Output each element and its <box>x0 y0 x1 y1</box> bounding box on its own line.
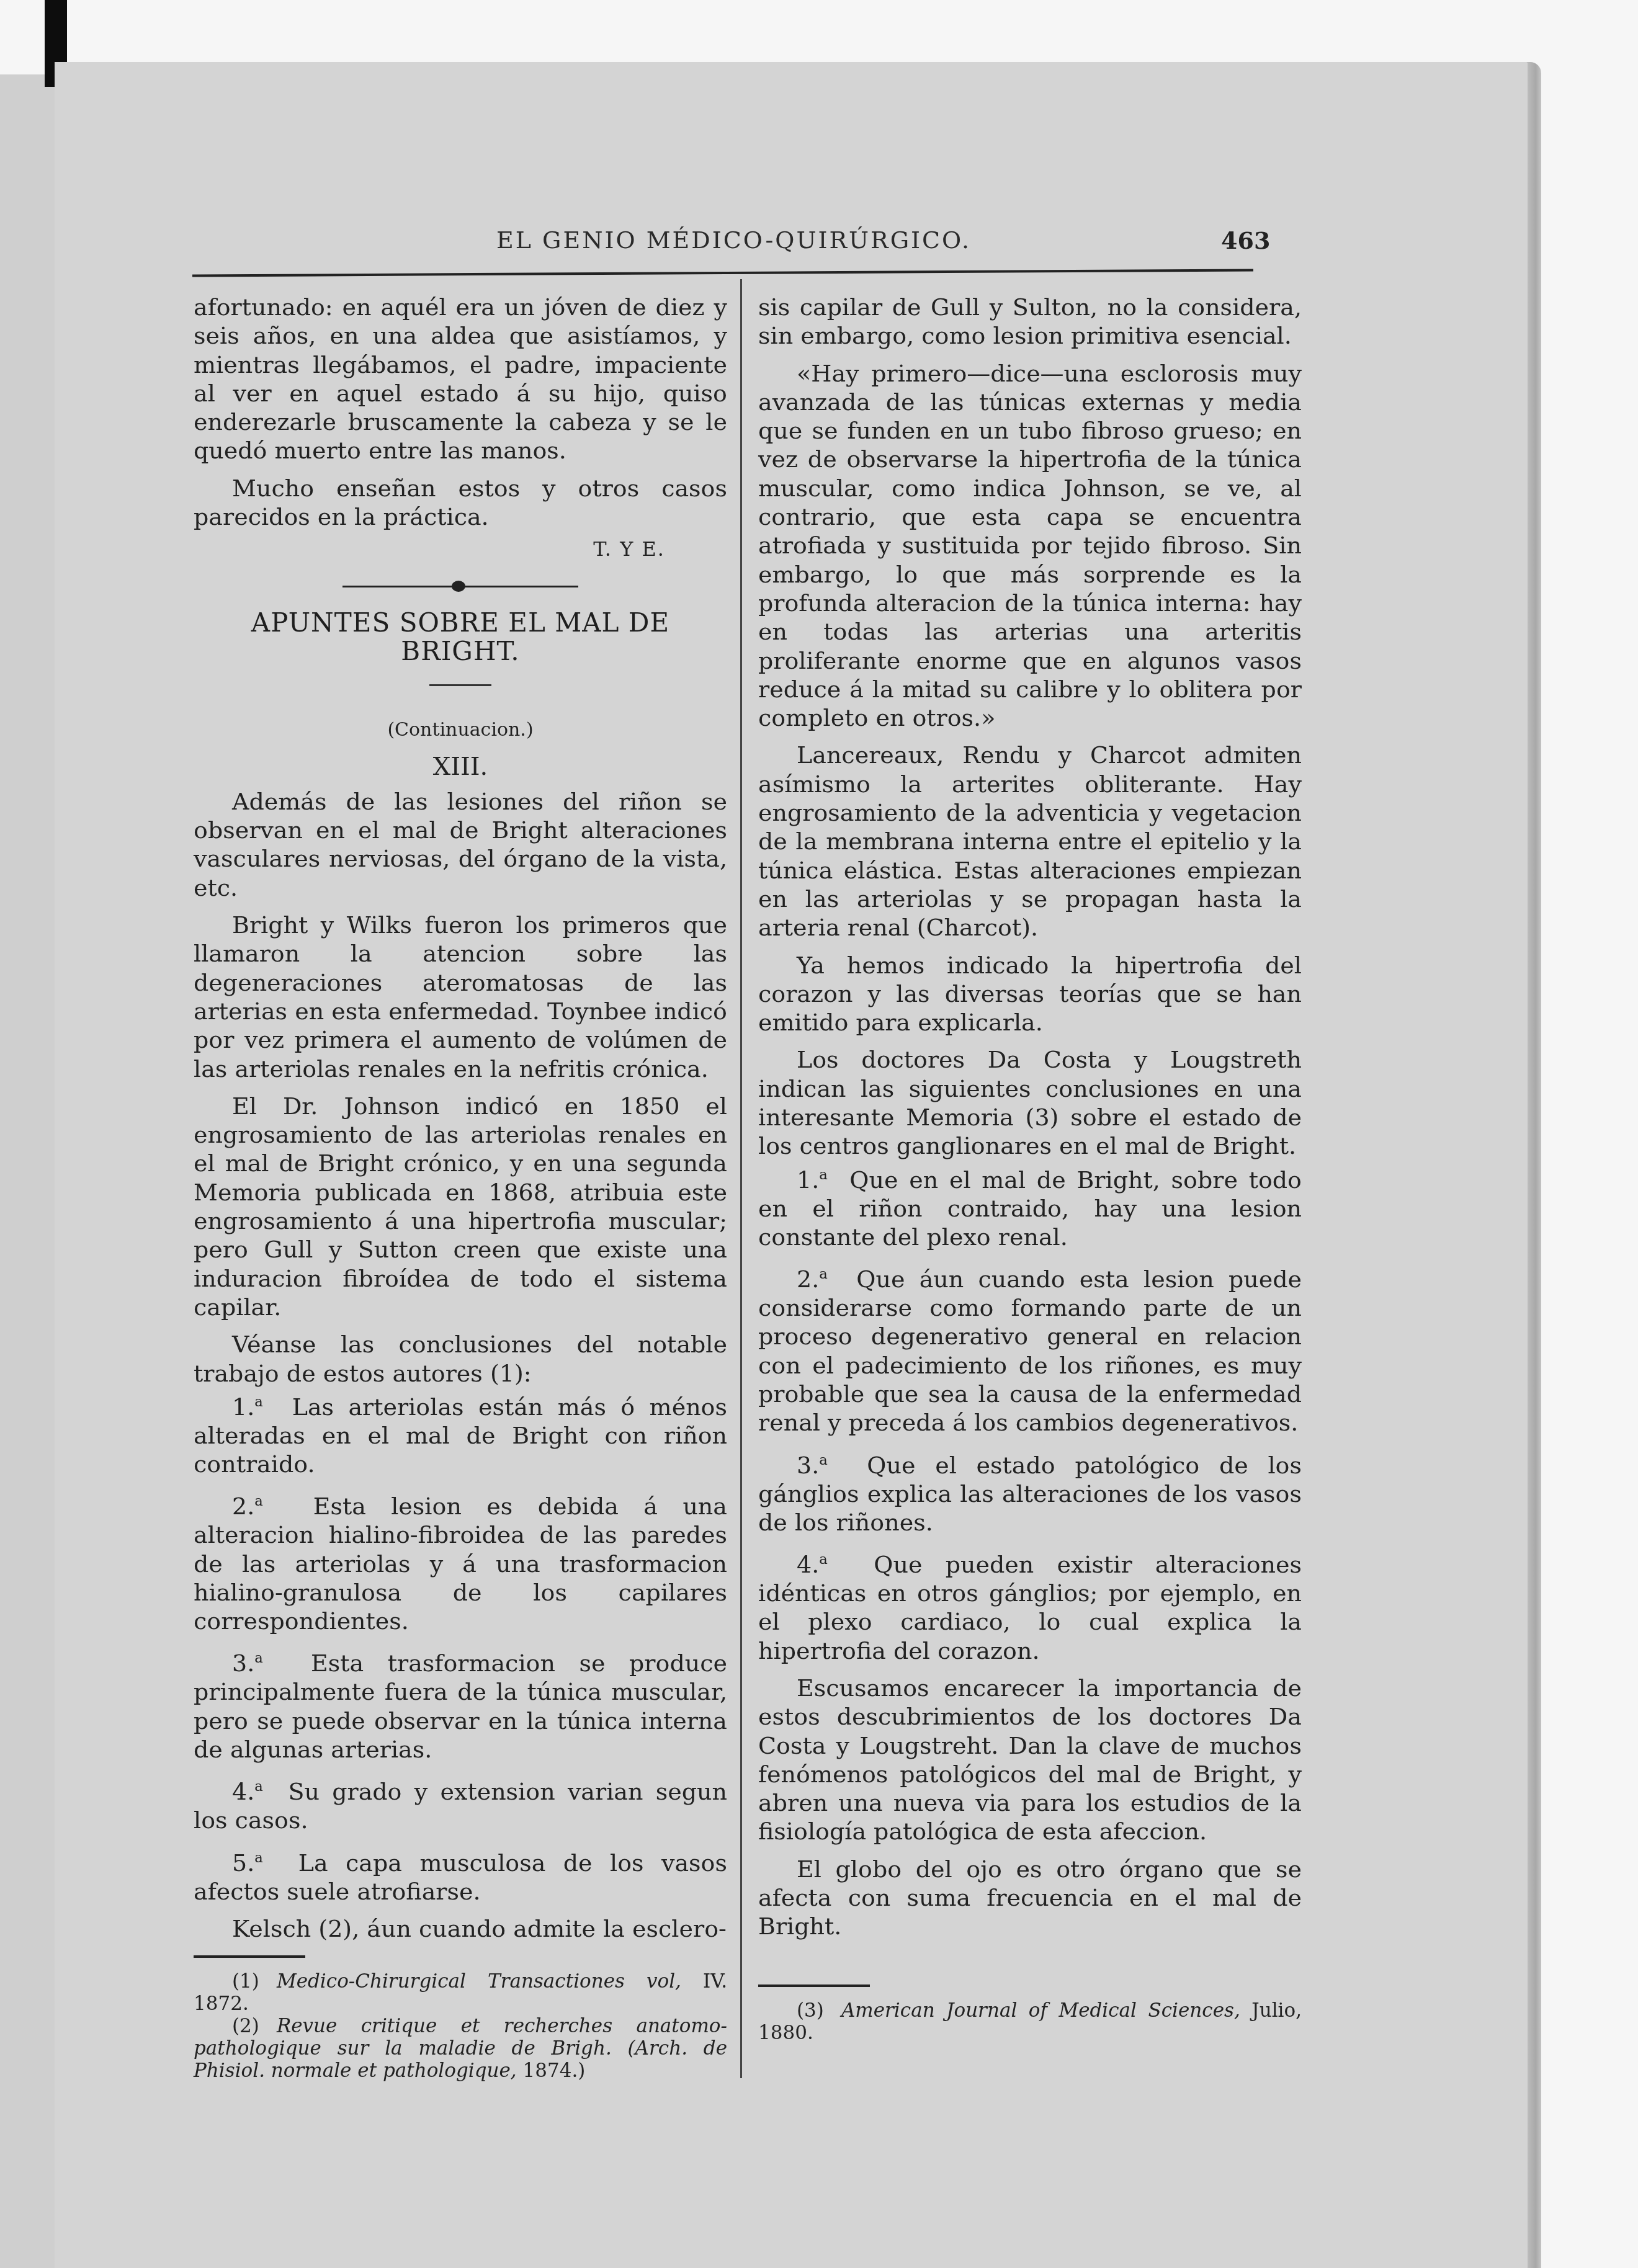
continuation-label: (Continuacion.) <box>194 716 727 744</box>
paragraph: El globo del ojo es otro órgano que se a… <box>758 1855 1302 1941</box>
article-title: APUNTES SOBRE EL MAL DE BRIGHT. <box>194 609 727 666</box>
conclusion-item: 3.a Que el estado patológico de los gáng… <box>758 1446 1302 1537</box>
facing-page-edge <box>0 74 55 2268</box>
paragraph: Los doctores Da Costa y Lougstreth indic… <box>758 1045 1302 1160</box>
paragraph: Véanse las conclusiones del notable trab… <box>194 1330 727 1388</box>
paragraph: Ya hemos indicado la hipertrofia del cor… <box>758 951 1302 1037</box>
column-divider <box>740 279 742 2078</box>
page-stack-edge <box>1528 62 1541 2268</box>
paragraph: Escusamos encarecer la importancia de es… <box>758 1674 1302 1846</box>
footnote: (1)Medico-Chirurgical Transactiones vol,… <box>194 1970 727 2015</box>
paragraph: sis capilar de Gull y Sulton, no la cons… <box>758 293 1302 350</box>
conclusion-item: 5.a La capa musculosa de los vasos afect… <box>194 1844 727 1906</box>
footnote: (3)American Journal of Medical Sciences,… <box>758 1999 1302 2044</box>
journal-title: EL GENIO MÉDICO-QUIRÚRGICO. <box>496 226 971 254</box>
quoted-paragraph: «Hay primero—dice—una esclorosis muy ava… <box>758 359 1302 733</box>
section-number: XIII. <box>194 752 727 781</box>
ornamental-rule <box>342 584 578 589</box>
footnote-rule <box>758 1984 870 1987</box>
paragraph: Lancereaux, Rendu y Charcot admiten asím… <box>758 741 1302 942</box>
left-column: afortunado: en aquél era un jóven de die… <box>194 293 727 2082</box>
paragraph: Mucho enseñan estos y otros casos pareci… <box>194 474 727 532</box>
title-rule <box>429 684 491 686</box>
author-signature: T. Y E. <box>194 535 727 563</box>
page-number: 463 <box>1221 226 1270 254</box>
conclusion-item: 4.a Su grado y extension varian segun lo… <box>194 1772 727 1834</box>
paragraph: Kelsch (2), áun cuando admite la esclero… <box>194 1914 727 1943</box>
conclusion-item: 2.a Esta lesion es debida á una alteraci… <box>194 1487 727 1635</box>
right-column: sis capilar de Gull y Sulton, no la cons… <box>758 293 1302 2044</box>
conclusion-item: 4.a Que pueden existir alteraciones idén… <box>758 1545 1302 1665</box>
conclusion-item: 3.a Esta trasformacion se produce princi… <box>194 1644 727 1764</box>
conclusion-item: 1.a Las arteriolas están más ó ménos alt… <box>194 1388 727 1479</box>
paragraph: afortunado: en aquél era un jóven de die… <box>194 293 727 465</box>
paragraph: Además de las lesiones del riñon se obse… <box>194 787 727 902</box>
paragraph: Bright y Wilks fueron los primeros que l… <box>194 911 727 1083</box>
footnote-rule <box>194 1955 305 1958</box>
conclusion-item: 2.a Que áun cuando esta lesion puede con… <box>758 1260 1302 1437</box>
running-head: EL GENIO MÉDICO-QUIRÚRGICO. 463 <box>186 226 1241 264</box>
paragraph: El Dr. Johnson indicó en 1850 el engrosa… <box>194 1092 727 1321</box>
conclusion-item: 1.a Que en el mal de Bright, sobre todo … <box>758 1161 1302 1252</box>
footnote: (2)Revue critique et recherches anatomo-… <box>194 2015 727 2082</box>
